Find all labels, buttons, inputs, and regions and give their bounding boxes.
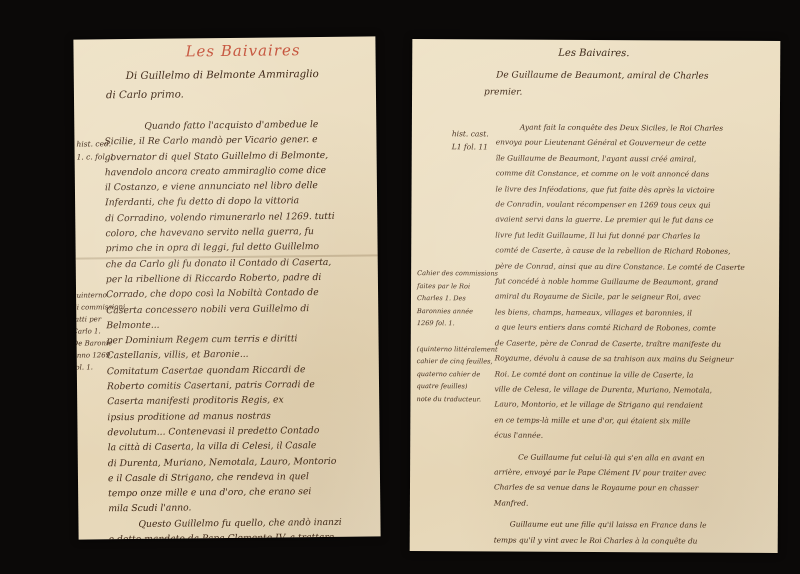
text-line: comme dit Constance, et comme on le voit… (496, 166, 746, 183)
text-line: le livre des Inféodations, que fut faite… (496, 181, 746, 198)
text-line: de Conradin, voulant récompenser en 1269… (495, 197, 745, 214)
heading-line: di Carlo primo. (106, 84, 319, 105)
text-line: île Guillaume de Beaumont, l'ayant aussi… (496, 150, 746, 167)
text-line: temps qu'il y vint avec le Roi Charles à… (494, 532, 744, 549)
page-heading: Di Guillelmo di Belmonte Ammiraglio di C… (126, 65, 319, 105)
text-line: livre fut ledit Guillaume, Il lui fut do… (495, 227, 745, 244)
manuscript-page-left: Les Baivaires Di Guillelmo di Belmonte A… (73, 36, 380, 539)
text-line: il Costanzo, e viene annunciato nel libr… (105, 178, 342, 196)
heading-line: Di Guillelmo di Belmonte Ammiraglio (126, 65, 319, 86)
manuscript-page-right: Les Baivaires. De Guillaume de Beaumont,… (410, 39, 781, 553)
page-heading: De Guillaume de Beaumont, amiral de Char… (484, 67, 709, 102)
text-line: a que leurs entiers dans comté Richard d… (495, 320, 745, 337)
text-line: envoya pour Lieutenant Général et Gouver… (496, 135, 746, 152)
text-line: Charles de sa venue dans le Royaume pour… (494, 480, 744, 497)
text-line: Roi. Le comté dont on continue la ville … (495, 366, 745, 383)
text-line: la città di Caserta, la villa di Celesi,… (108, 438, 345, 456)
text-line: fut concédé à noble homme Guillaume de B… (495, 274, 745, 291)
text-line: Caserta concessero nobili vera Guillelmo… (106, 300, 343, 318)
text-line: ville de Celesa, le village de Durenta, … (494, 381, 744, 398)
text-line: arrière, envoyé par le Pape Clément IV p… (494, 464, 744, 481)
text-line: Guillaume eut une fille qu'il laissa en … (510, 517, 744, 534)
text-line: Royaume, dévolu à cause de sa trahison a… (495, 351, 745, 368)
text-line: tempo onze mille e una d'oro, che erano … (108, 484, 345, 502)
heading-line: De Guillaume de Beaumont, amiral de Char… (496, 67, 708, 85)
page-title: Les Baivaires. (558, 48, 629, 59)
text-line: comté de Caserte, à cause de la rebellio… (495, 243, 745, 260)
text-line: avaient servi dans la guerre. Le premier… (495, 212, 745, 229)
text-line: e detto mandato da Papa Clemente IV, a t… (109, 530, 346, 540)
text-line: de Caserte, père de Conrad de Caserte, t… (495, 335, 745, 352)
page-title-red-ink: Les Baivaires (185, 41, 300, 60)
margin-note-top: hist. cast. L1 fol. 11 (452, 127, 489, 153)
text-line: Ce Guillaume fut celui-là qui s'en alla … (518, 449, 744, 466)
text-line: Ayant fait la conquête des Deux Siciles,… (520, 120, 746, 137)
heading-line: premier. (484, 84, 708, 102)
text-line: père de Conrad, ainsi que au dire Consta… (495, 258, 745, 275)
text-line: Roberto comitis Casertani, patris Corrad… (107, 377, 344, 395)
manuscript-body-text: Ayant fait la conquête des Deux Siciles,… (494, 119, 746, 548)
text-line: les biens, champs, hameaux, villages et … (495, 304, 745, 321)
text-line: Lauro, Montorio, et le village de Striga… (494, 397, 744, 414)
text-line: en ce temps-là mille et une d'or, qui ét… (494, 412, 744, 429)
text-line: Manfred. (494, 495, 744, 512)
text-line: écus l'année. (494, 428, 744, 445)
manuscript-body-text: Quando fatto l'acquisto d'ambedue le Sic… (104, 117, 346, 540)
margin-note-bottom: Cahier des commissions faites par le Roi… (416, 267, 498, 406)
text-line: di Durenta, Muriano, Nemotala, Lauro, Mo… (108, 453, 345, 471)
text-line: amiral du Royaume de Sicile, par le seig… (495, 289, 745, 306)
